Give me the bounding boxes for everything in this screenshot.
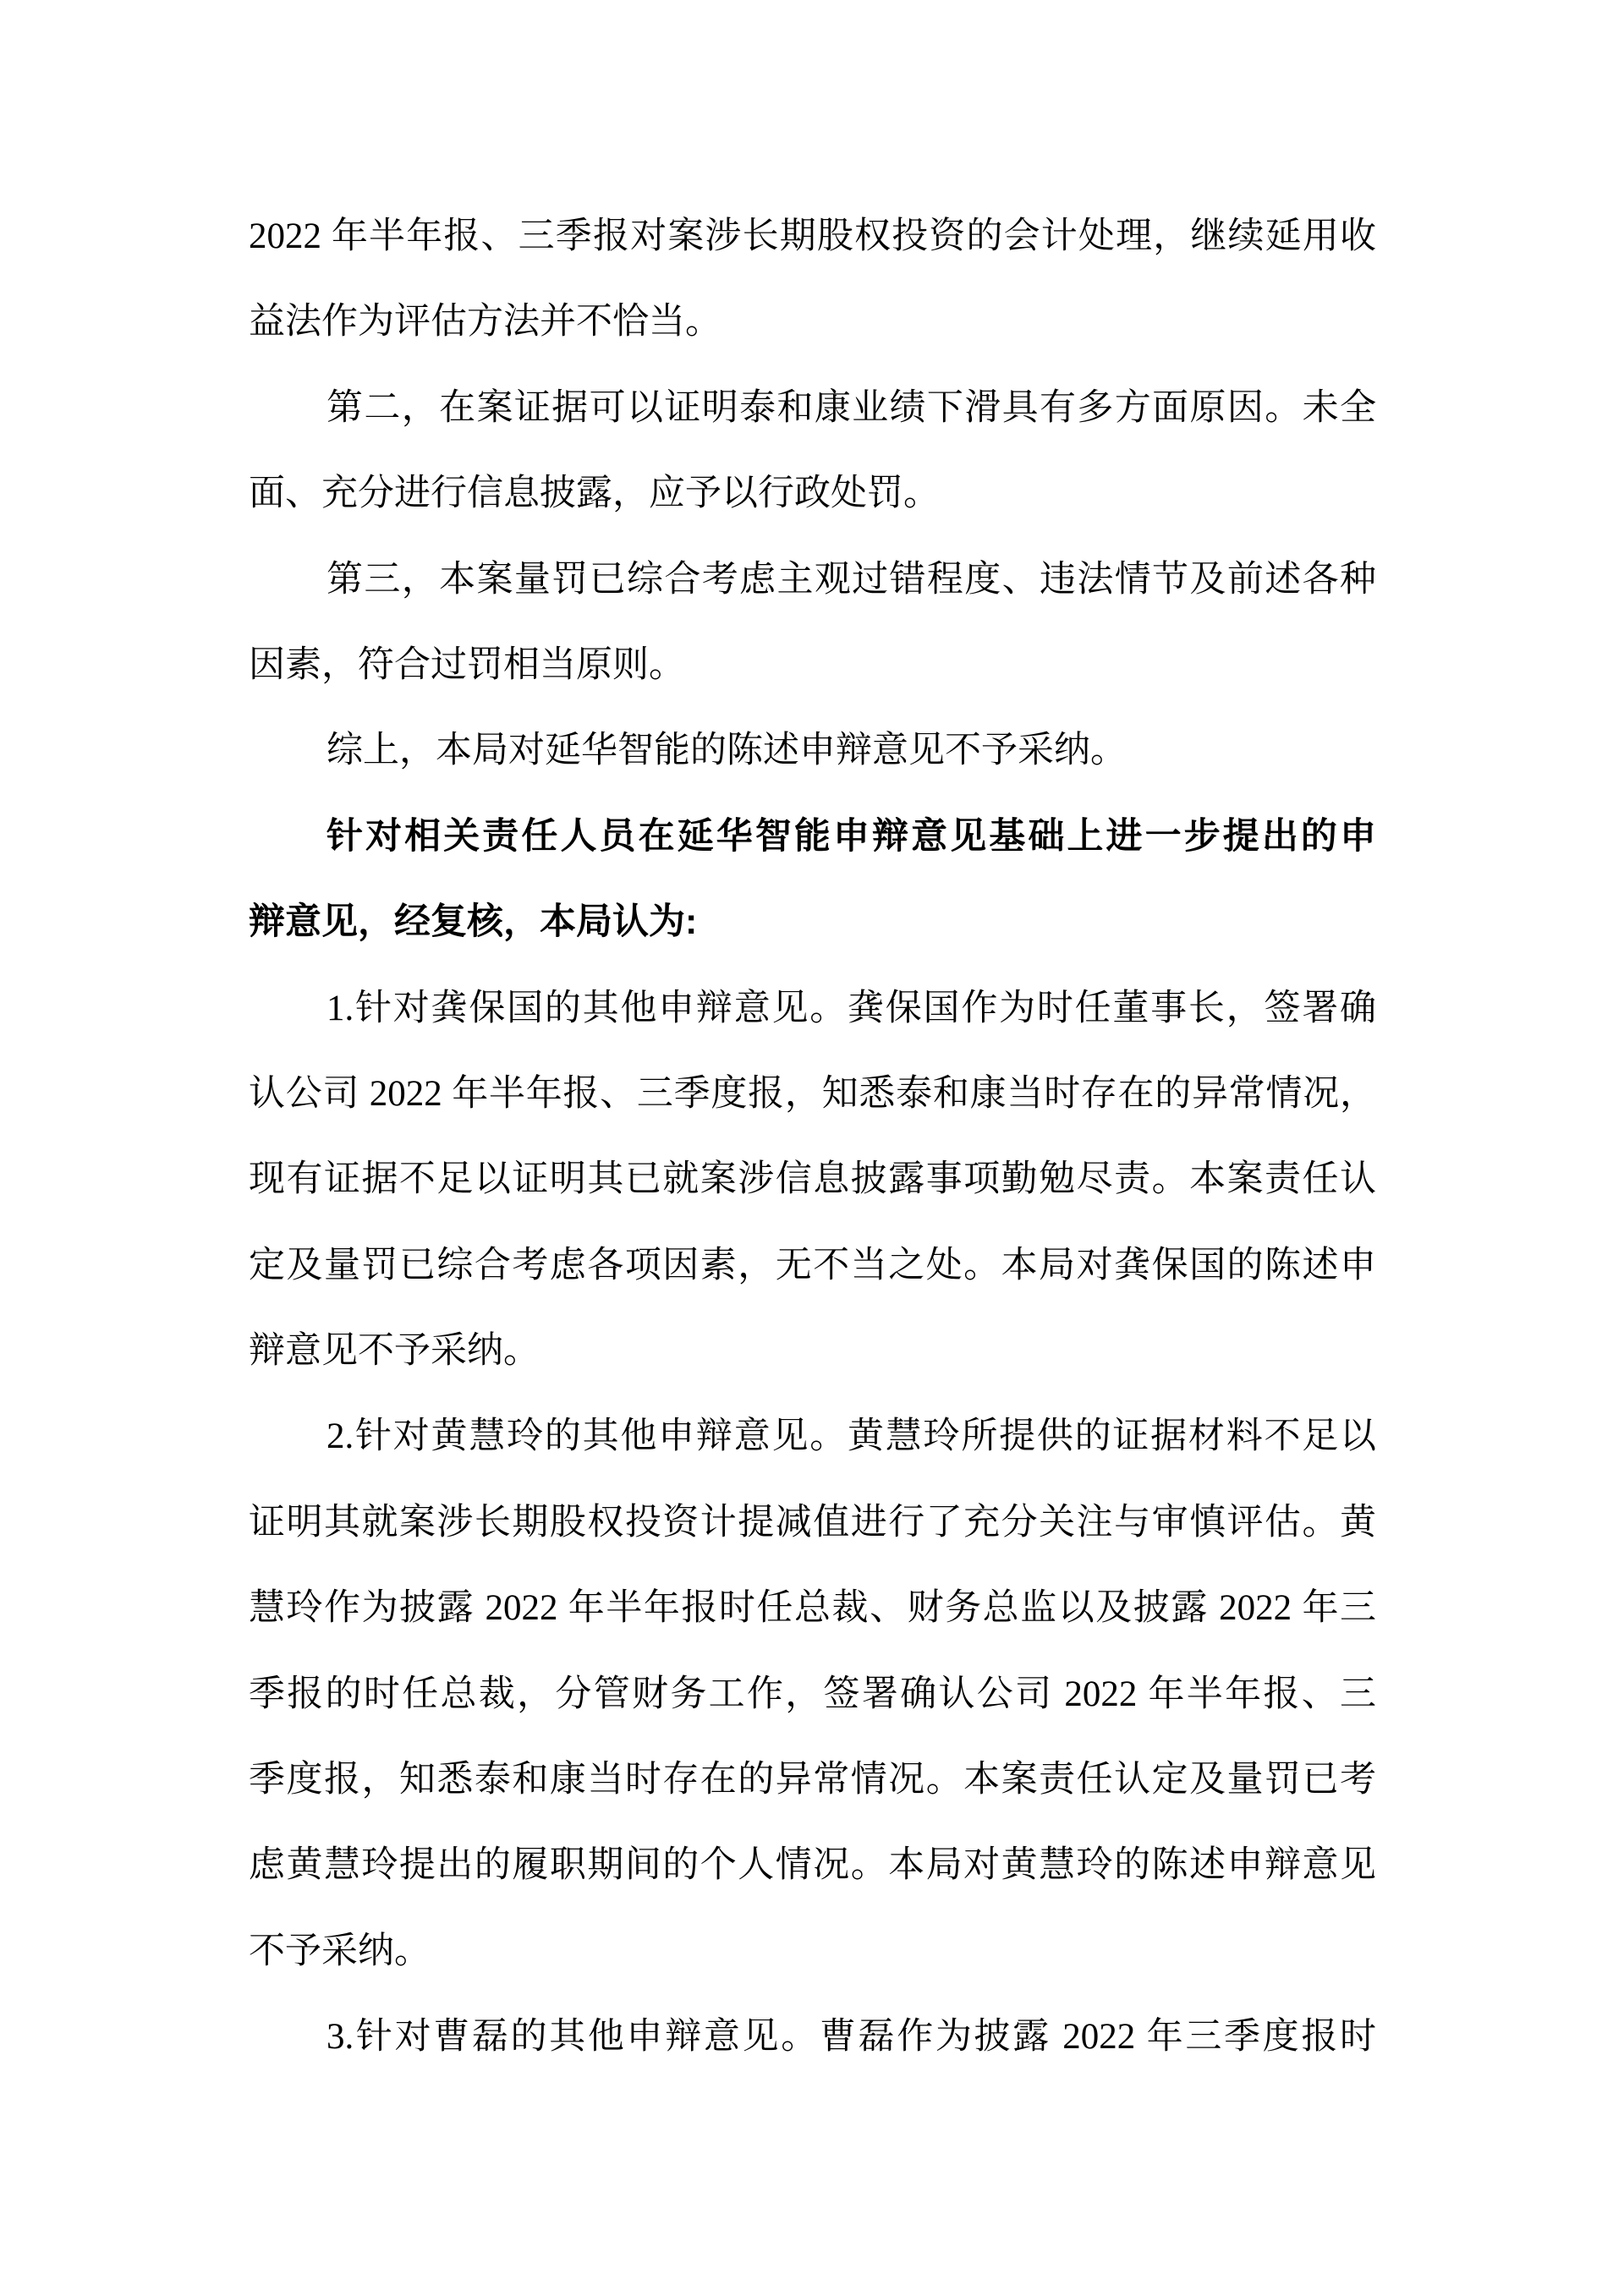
text-line: 3.针对曹磊的其他申辩意见。曹磊作为披露 2022 年三季度报时 <box>249 1994 1376 2080</box>
text-line: 2022 年半年报、三季报对案涉长期股权投资的会计处理，继续延用收 <box>249 194 1376 279</box>
text-line: 面、充分进行信息披露，应予以行政处罚。 <box>249 451 1376 536</box>
document-page: 2022 年半年报、三季报对案涉长期股权投资的会计处理，继续延用收益法作为评估方… <box>0 0 1624 2296</box>
text-line: 季报的时任总裁，分管财务工作，签署确认公司 2022 年半年报、三 <box>249 1652 1376 1737</box>
text-line: 1.针对龚保国的其他申辩意见。龚保国作为时任董事长，签署确 <box>249 966 1376 1051</box>
text-line: 益法作为评估方法并不恰当。 <box>249 279 1376 364</box>
text-line: 季度报，知悉泰和康当时存在的异常情况。本案责任认定及量罚已考 <box>249 1737 1376 1822</box>
text-line: 现有证据不足以证明其已就案涉信息披露事项勤勉尽责。本案责任认 <box>249 1137 1376 1222</box>
text-line: 认公司 2022 年半年报、三季度报，知悉泰和康当时存在的异常情况， <box>249 1051 1376 1137</box>
text-line: 辩意见不予采纳。 <box>249 1308 1376 1394</box>
text-line: 慧玲作为披露 2022 年半年报时任总裁、财务总监以及披露 2022 年三 <box>249 1565 1376 1651</box>
text-line: 辩意见，经复核，本局认为: <box>249 879 1376 965</box>
text-line: 虑黄慧玲提出的履职期间的个人情况。本局对黄慧玲的陈述申辩意见 <box>249 1822 1376 1908</box>
text-line: 因素，符合过罚相当原则。 <box>249 622 1376 708</box>
text-line: 第二，在案证据可以证明泰和康业绩下滑具有多方面原因。未全 <box>249 365 1376 451</box>
text-line: 证明其就案涉长期股权投资计提减值进行了充分关注与审慎评估。黄 <box>249 1480 1376 1565</box>
document-body: 2022 年半年报、三季报对案涉长期股权投资的会计处理，继续延用收益法作为评估方… <box>249 194 1376 2080</box>
text-line: 第三，本案量罚已综合考虑主观过错程度、违法情节及前述各种 <box>249 537 1376 622</box>
text-line: 针对相关责任人员在延华智能申辩意见基础上进一步提出的申 <box>249 794 1376 879</box>
text-line: 不予采纳。 <box>249 1909 1376 1994</box>
text-line: 综上，本局对延华智能的陈述申辩意见不予采纳。 <box>249 708 1376 793</box>
text-line: 2.针对黄慧玲的其他申辩意见。黄慧玲所提供的证据材料不足以 <box>249 1394 1376 1479</box>
text-line: 定及量罚已综合考虑各项因素，无不当之处。本局对龚保国的陈述申 <box>249 1223 1376 1308</box>
